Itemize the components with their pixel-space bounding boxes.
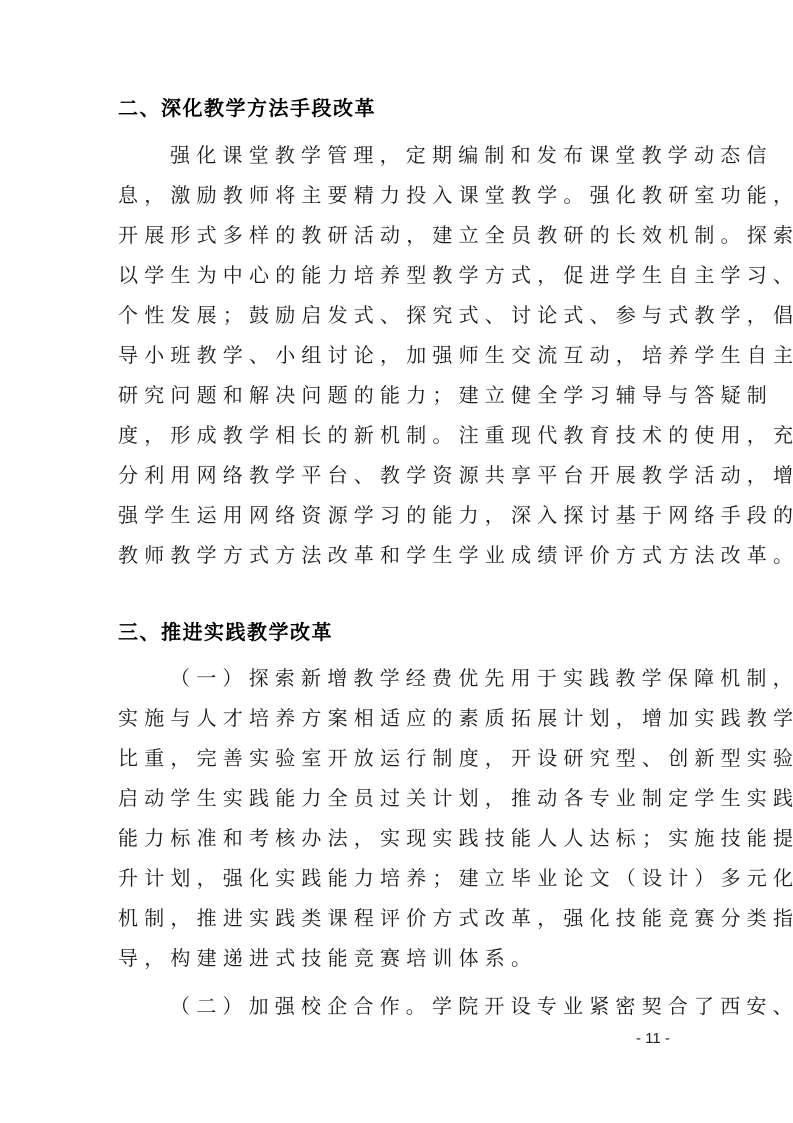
paragraph-line: 强学生运用网络资源学习的能力，深入探讨基于网络手段的 (118, 500, 678, 530)
paragraph-line: 能力标准和考核办法，实现实践技能人人达标；实施技能提 (118, 823, 678, 853)
paragraph-line: 度，形成教学相长的新机制。注重现代教育技术的使用，充 (118, 420, 678, 450)
section-heading: 三、推进实践教学改革 (118, 617, 678, 647)
paragraph-line: 升计划，强化实践能力培养；建立毕业论文（设计）多元化 (118, 863, 678, 893)
paragraph-line: 导小班教学、小组讨论，加强师生交流互动，培养学生自主 (118, 340, 678, 370)
paragraph-line: 机制，推进实践类课程评价方式改革，强化技能竞赛分类指 (118, 903, 678, 933)
paragraph-line: 分利用网络教学平台、教学资源共享平台开展教学活动，增 (118, 460, 678, 490)
paragraph-line: 以学生为中心的能力培养型教学方式，促进学生自主学习、 (118, 260, 678, 290)
paragraph-line: 开展形式多样的教研活动，建立全员教研的长效机制。探索 (118, 220, 678, 250)
paragraph-line: 教师教学方式方法改革和学生学业成绩评价方式方法改革。 (118, 540, 678, 570)
paragraph-line: 导，构建递进式技能竞赛培训体系。 (118, 943, 678, 973)
document-page: 二、深化教学方法手段改革 强化课堂教学管理，定期编制和发布课堂教学动态信 息，激… (0, 0, 793, 1123)
section-heading: 二、深化教学方法手段改革 (118, 93, 678, 123)
paragraph-line: 研究问题和解决问题的能力；建立健全学习辅导与答疑制 (118, 380, 678, 410)
paragraph-line: （一）探索新增教学经费优先用于实践教学保障机制， (170, 663, 730, 693)
paragraph-line: 息，激励教师将主要精力投入课堂教学。强化教研室功能， (118, 180, 678, 210)
paragraph-line: 强化课堂教学管理，定期编制和发布课堂教学动态信 (170, 140, 730, 170)
paragraph-line: （二）加强校企合作。学院开设专业紧密契合了西安、 (170, 991, 730, 1021)
paragraph-line: 实施与人才培养方案相适应的素质拓展计划，增加实践教学 (118, 703, 678, 733)
page-number: - 11 - (636, 1030, 670, 1047)
paragraph-line: 启动学生实践能力全员过关计划，推动各专业制定学生实践 (118, 783, 678, 813)
paragraph-line: 个性发展；鼓励启发式、探究式、讨论式、参与式教学，倡 (118, 300, 678, 330)
paragraph-line: 比重，完善实验室开放运行制度，开设研究型、创新型实验。 (118, 743, 678, 773)
